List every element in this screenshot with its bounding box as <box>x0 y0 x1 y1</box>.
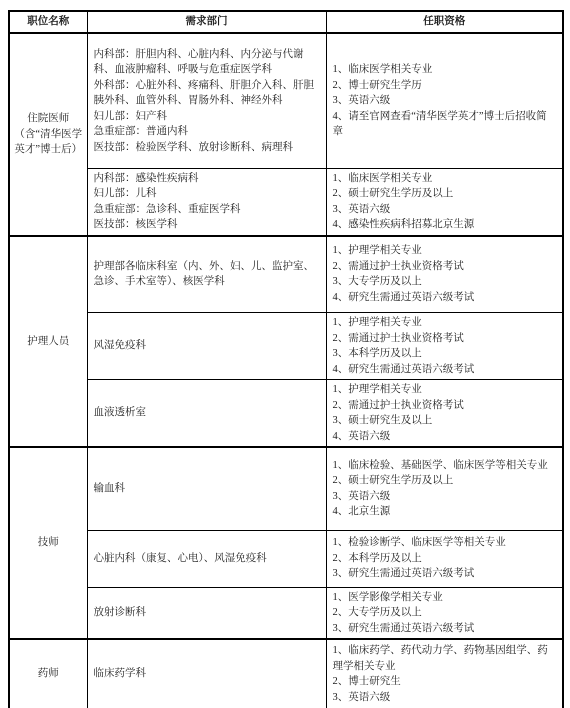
qualification-cell: 1、护理学相关专业 2、需通过护士执业资格考试 3、本科学历及以上 4、研究生需… <box>326 313 563 380</box>
header-qualification: 任职资格 <box>326 11 563 33</box>
qualification-cell: 1、医学影像学相关专业 2、大专学历及以上 3、研究生需通过英语六级考试 <box>326 587 563 639</box>
qualification-cell: 1、护理学相关专业 2、需通过护士执业资格考试 3、大专学历及以上 4、研究生需… <box>326 236 563 313</box>
qualification-item: 2、硕士研究生学历及以上 <box>333 473 557 489</box>
department-line: 妇儿部：妇产科 <box>94 109 320 125</box>
position-cell-technician: 技师 <box>9 447 87 639</box>
qualification-item: 1、护理学相关专业 <box>333 315 557 331</box>
position-cell-nursing-staff: 护理人员 <box>9 236 87 448</box>
qualification-item: 4、英语六级 <box>333 429 557 445</box>
qualification-item: 4、请至官网查看“清华医学英才”博士后招收简章 <box>333 109 557 140</box>
qualification-item: 4、感染性疾病科招募北京生源 <box>333 217 557 233</box>
header-position: 职位名称 <box>9 11 87 33</box>
qualification-cell: 1、护理学相关专业 2、需通过护士执业资格考试 3、硕士研究生及以上 4、英语六… <box>326 380 563 448</box>
department-cell: 风湿免疫科 <box>87 313 326 380</box>
department-line: 放射诊断科 <box>94 605 320 621</box>
qualification-item: 3、英语六级 <box>333 93 557 109</box>
qualification-item: 3、硕士研究生及以上 <box>333 413 557 429</box>
table-row: 血液透析室 1、护理学相关专业 2、需通过护士执业资格考试 3、硕士研究生及以上… <box>9 380 563 448</box>
table-row: 技师 输血科 1、临床检验、基础医学、临床医学等相关专业 2、硕士研究生学历及以… <box>9 447 563 530</box>
qualification-item: 4、北京生源 <box>333 504 557 520</box>
qualification-item: 3、英语六级 <box>333 690 557 706</box>
qualification-item: 3、英语六级 <box>333 489 557 505</box>
recruitment-table: 职位名称 需求部门 任职资格 住院医师（含“清华医学英才”博士后） 内科部：肝胆… <box>8 10 564 708</box>
qualification-item: 3、本科学历及以上 <box>333 346 557 362</box>
department-line: 输血科 <box>94 481 320 497</box>
department-line: 风湿免疫科 <box>94 338 320 354</box>
department-cell: 血液透析室 <box>87 380 326 448</box>
qualification-item: 1、检验诊断学、临床医学等相关专业 <box>333 535 557 551</box>
department-cell: 护理部各临床科室（内、外、妇、儿、监护室、急诊、手术室等）、核医学科 <box>87 236 326 313</box>
qualification-item: 2、博士研究生学历 <box>333 78 557 94</box>
qualification-cell: 1、临床检验、基础医学、临床医学等相关专业 2、硕士研究生学历及以上 3、英语六… <box>326 447 563 530</box>
table-row: 药师 临床药学科 1、临床药学、药代动力学、药物基因组学、药理学相关专业 2、博… <box>9 639 563 708</box>
position-cell-pharmacist: 药师 <box>9 639 87 708</box>
qualification-item: 3、大专学历及以上 <box>333 274 557 290</box>
qualification-item: 1、护理学相关专业 <box>333 243 557 259</box>
qualification-item: 1、临床药学、药代动力学、药物基因组学、药理学相关专业 <box>333 643 557 674</box>
qualification-item: 4、研究生需通过英语六级考试 <box>333 290 557 306</box>
department-line: 护理部各临床科室（内、外、妇、儿、监护室、急诊、手术室等）、核医学科 <box>94 259 320 290</box>
position-cell-resident-physician: 住院医师（含“清华医学英才”博士后） <box>9 33 87 236</box>
qualification-item: 2、需通过护士执业资格考试 <box>333 398 557 414</box>
department-line: 内科部：感染性疾病科 <box>94 171 320 187</box>
qualification-item: 1、医学影像学相关专业 <box>333 590 557 606</box>
qualification-item: 3、研究生需通过英语六级考试 <box>333 566 557 582</box>
department-line: 外科部：心脏外科、疼痛科、肝胆介入科、肝胆胰外科、血管外科、胃肠外科、神经外科 <box>94 78 320 109</box>
table-row: 住院医师（含“清华医学英才”博士后） 内科部：肝胆内科、心脏内科、内分泌与代谢科… <box>9 33 563 168</box>
qualification-item: 2、硕士研究生学历及以上 <box>333 186 557 202</box>
department-line: 医技部：检验医学科、放射诊断科、病理科 <box>94 140 320 156</box>
department-line: 急重症部：普通内科 <box>94 124 320 140</box>
department-line: 急重症部：急诊科、重症医学科 <box>94 202 320 218</box>
table-row: 内科部：感染性疾病科 妇儿部：儿科 急重症部：急诊科、重症医学科 医技部：核医学… <box>9 168 563 236</box>
department-line: 心脏内科（康复、心电）、风湿免疫科 <box>94 551 320 567</box>
qualification-item: 1、护理学相关专业 <box>333 382 557 398</box>
qualification-item: 1、临床医学相关专业 <box>333 171 557 187</box>
qualification-cell: 1、临床医学相关专业 2、博士研究生学历 3、英语六级 4、请至官网查看“清华医… <box>326 33 563 168</box>
header-row: 职位名称 需求部门 任职资格 <box>9 11 563 33</box>
department-cell: 放射诊断科 <box>87 587 326 639</box>
table-row: 放射诊断科 1、医学影像学相关专业 2、大专学历及以上 3、研究生需通过英语六级… <box>9 587 563 639</box>
qualification-item: 2、需通过护士执业资格考试 <box>333 259 557 275</box>
department-cell: 心脏内科（康复、心电）、风湿免疫科 <box>87 530 326 587</box>
qualification-item: 2、需通过护士执业资格考试 <box>333 331 557 347</box>
qualification-cell: 1、检验诊断学、临床医学等相关专业 2、本科学历及以上 3、研究生需通过英语六级… <box>326 530 563 587</box>
department-cell: 内科部：感染性疾病科 妇儿部：儿科 急重症部：急诊科、重症医学科 医技部：核医学… <box>87 168 326 236</box>
qualification-item: 2、博士研究生 <box>333 674 557 690</box>
department-cell: 内科部：肝胆内科、心脏内科、内分泌与代谢科、血液肿瘤科、呼吸与危重症医学科 外科… <box>87 33 326 168</box>
qualification-cell: 1、临床药学、药代动力学、药物基因组学、药理学相关专业 2、博士研究生 3、英语… <box>326 639 563 708</box>
table-row: 心脏内科（康复、心电）、风湿免疫科 1、检验诊断学、临床医学等相关专业 2、本科… <box>9 530 563 587</box>
qualification-item: 3、英语六级 <box>333 202 557 218</box>
department-line: 妇儿部：儿科 <box>94 186 320 202</box>
department-line: 临床药学科 <box>94 666 320 682</box>
header-department: 需求部门 <box>87 11 326 33</box>
qualification-item: 1、临床医学相关专业 <box>333 62 557 78</box>
department-line: 医技部：核医学科 <box>94 217 320 233</box>
document-page: 职位名称 需求部门 任职资格 住院医师（含“清华医学英才”博士后） 内科部：肝胆… <box>0 0 570 708</box>
department-cell: 输血科 <box>87 447 326 530</box>
department-line: 血液透析室 <box>94 405 320 421</box>
table-row: 护理人员 护理部各临床科室（内、外、妇、儿、监护室、急诊、手术室等）、核医学科 … <box>9 236 563 313</box>
qualification-item: 4、研究生需通过英语六级考试 <box>333 362 557 378</box>
qualification-cell: 1、临床医学相关专业 2、硕士研究生学历及以上 3、英语六级 4、感染性疾病科招… <box>326 168 563 236</box>
qualification-item: 3、研究生需通过英语六级考试 <box>333 621 557 637</box>
department-line: 内科部：肝胆内科、心脏内科、内分泌与代谢科、血液肿瘤科、呼吸与危重症医学科 <box>94 47 320 78</box>
qualification-item: 1、临床检验、基础医学、临床医学等相关专业 <box>333 458 557 474</box>
department-cell: 临床药学科 <box>87 639 326 708</box>
qualification-item: 2、本科学历及以上 <box>333 551 557 567</box>
qualification-item: 2、大专学历及以上 <box>333 605 557 621</box>
table-row: 风湿免疫科 1、护理学相关专业 2、需通过护士执业资格考试 3、本科学历及以上 … <box>9 313 563 380</box>
